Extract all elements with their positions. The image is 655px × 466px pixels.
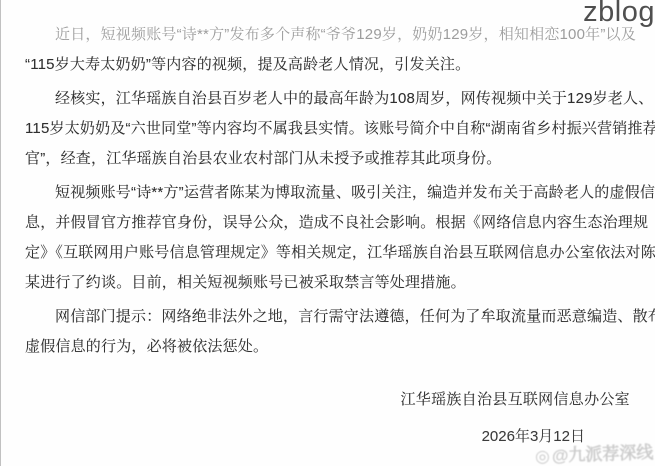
- paragraph-1: 近日，短视频账号“诗**方”发布多个声称“爷爷129岁，奶奶129岁，相知相恋1…: [25, 20, 633, 80]
- publish-date: 2026年3月12日: [482, 426, 585, 448]
- document-line: 某进行了约谈。目前，相关短视频账号已被采取禁言等处理措施。: [25, 268, 633, 298]
- announcement-body: 近日，短视频账号“诗**方”发布多个声称“爷爷129岁，奶奶129岁，相知相恋1…: [25, 20, 633, 366]
- paragraph-4: 网信部门提示：网络绝非法外之地，言行需守法遵德，任何为了牟取流量而恶意编造、散布…: [25, 302, 633, 362]
- document-line: “115岁大寿太奶奶”等内容的视频，提及高龄老人情况，引发关注。: [25, 50, 633, 80]
- document-line: 网信部门提示：网络绝非法外之地，言行需守法遵德，任何为了牟取流量而恶意编造、散布: [25, 302, 633, 332]
- document-line: 近日，短视频账号“诗**方”发布多个声称“爷爷129岁，奶奶129岁，相知相恋1…: [25, 20, 633, 50]
- paragraph-3: 短视频账号“诗**方”运营者陈某为博取流量、吸引关注，编造并发布关于高龄老人的虚…: [25, 178, 633, 298]
- announcement-page: zblog 近日，短视频账号“诗**方”发布多个声称“爷爷129岁，奶奶129岁…: [0, 0, 655, 466]
- document-line: 115岁太奶奶及“六世同堂”等内容均不属我县实情。该账号简介中自称“湖南省乡村振…: [25, 114, 633, 144]
- document-line: 息，并假冒官方推荐官身份，误导公众，造成不良社会影响。根据《网络信息内容生态治理…: [25, 208, 633, 238]
- document-line: 虚假信息的行为，必将被依法惩处。: [25, 332, 633, 362]
- document-line: 定》《互联网用户账号信息管理规定》等相关规定，江华瑶族自治县互联网信息办公室依法…: [25, 238, 633, 268]
- left-edge-artifact: [0, 0, 1, 466]
- document-line: 短视频账号“诗**方”运营者陈某为博取流量、吸引关注，编造并发布关于高龄老人的虚…: [25, 178, 633, 208]
- signature: 江华瑶族自治县互联网信息办公室: [400, 389, 630, 411]
- document-line: 官”，经查，江华瑶族自治县农业农村部门从未授予或推荐其此项身份。: [25, 144, 633, 174]
- bottom-watermark-text: @九派荐深线: [551, 443, 653, 466]
- paragraph-2: 经核实，江华瑶族自治县百岁老人中的最高年龄为108周岁，网传视频中关于129岁老…: [25, 84, 633, 174]
- bottom-watermark: ◎@九派荐深线: [534, 443, 653, 466]
- media-logo-icon: ◎: [534, 447, 549, 466]
- document-line: 经核实，江华瑶族自治县百岁老人中的最高年龄为108周岁，网传视频中关于129岁老…: [25, 84, 633, 114]
